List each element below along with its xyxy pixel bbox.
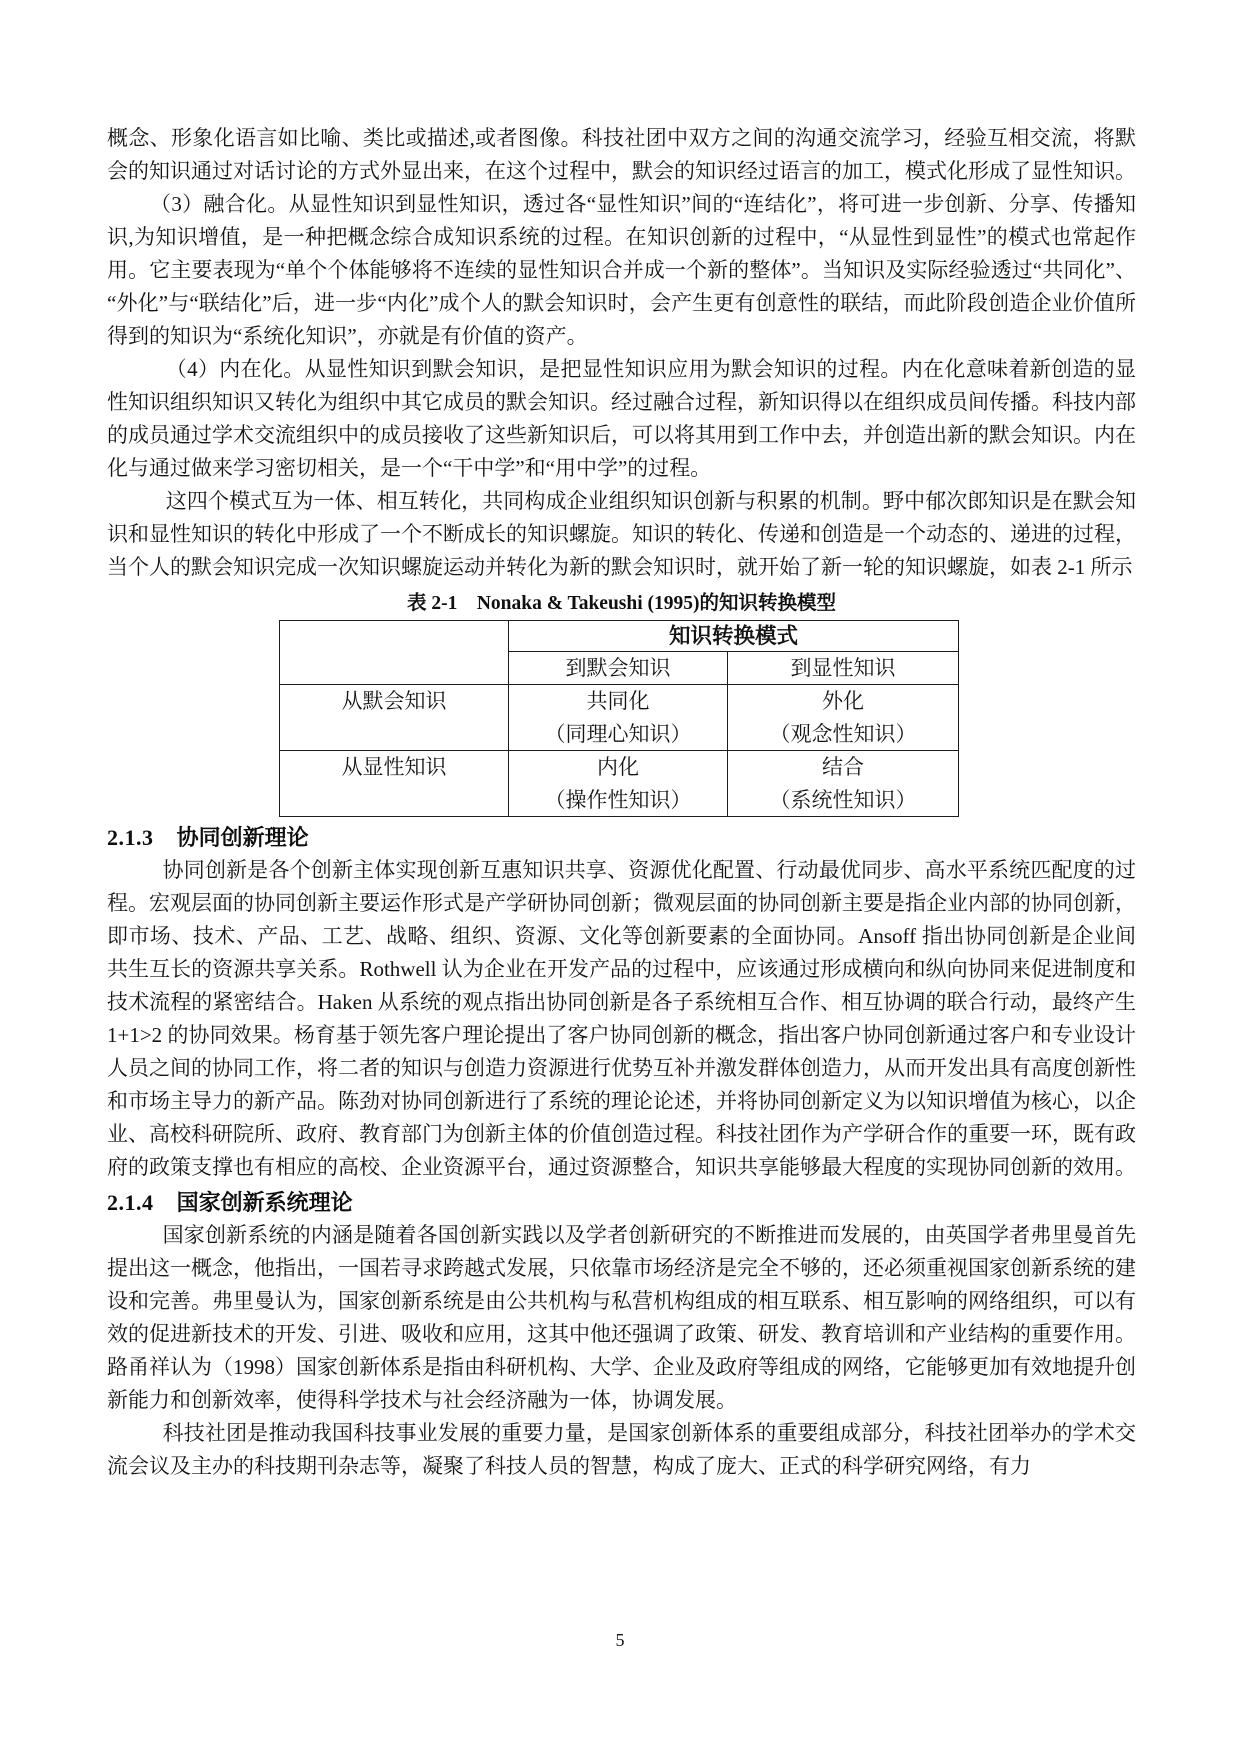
table-cell-internalization: 内化 （操作性知识） [509,751,728,817]
section-title: 协同创新理论 [177,825,309,850]
table-row-label: 从显性知识 [280,751,509,817]
table-col-header-explicit: 到显性知识 [728,652,959,685]
section-title: 国家创新系统理论 [177,1190,353,1215]
section-heading-2-1-4: 2.1.4国家创新系统理论 [107,1187,1136,1219]
section-heading-2-1-3: 2.1.3协同创新理论 [107,822,1136,854]
paragraph-4-internalization: （4）内在化。从显性知识到默会知识，是把显性知识应用为默会知识的过程。内在化意味… [107,353,1136,485]
section-number: 2.1.4 [107,1190,154,1215]
table-row-from-tacit: 从默会知识 共同化 （同理心知识） 外化 （观念性知识） [280,685,959,751]
paragraph-3-fusion: （3）融合化。从显性知识到显性知识，透过各“显性知识”间的“连结化”，将可进一步… [107,188,1136,353]
table-group-header-cell: 知识转换模式 [509,621,959,652]
table-caption-label: 表 2-1 [407,593,457,614]
table-row-from-explicit: 从显性知识 内化 （操作性知识） 结合 （系统性知识） [280,751,959,817]
document-page: 概念、形象化语言如比喻、类比或描述,或者图像。科技社团中双方之间的沟通交流学习，… [0,0,1240,1753]
table-col-header-tacit: 到默会知识 [509,652,728,685]
table-cell-socialization: 共同化 （同理心知识） [509,685,728,751]
table-caption: 表 2-1Nonaka & Takeushi (1995)的知识转换模型 [107,591,1136,617]
table-cell-combination: 结合 （系统性知识） [728,751,959,817]
paragraph-sci-tech-societies: 科技社团是推动我国科技事业发展的重要力量，是国家创新体系的重要组成部分，科技社团… [107,1417,1136,1483]
table-group-header-row: 知识转换模式 [280,621,959,652]
paragraph-continuation: 概念、形象化语言如比喻、类比或描述,或者图像。科技社团中双方之间的沟通交流学习，… [107,122,1136,188]
table-cell-externalization: 外化 （观念性知识） [728,685,959,751]
table-corner-cell [280,621,509,685]
knowledge-conversion-table: 知识转换模式 到默会知识 到显性知识 从默会知识 共同化 （同理心知识） 外化 … [279,620,959,817]
paragraph-national-innovation-system: 国家创新系统的内涵是随着各国创新实践以及学者创新研究的不断推进而发展的，由英国学… [107,1219,1136,1417]
table-caption-title: Nonaka & Takeushi (1995)的知识转换模型 [477,593,836,614]
paragraph-collaborative-innovation: 协同创新是各个创新主体实现创新互惠知识共享、资源优化配置、行动最优同步、高水平系… [107,854,1136,1184]
page-number: 5 [0,1628,1240,1652]
section-number: 2.1.3 [107,825,154,850]
table-row-label: 从默会知识 [280,685,509,751]
paragraph-knowledge-spiral: 这四个模式互为一体、相互转化，共同构成企业组织知识创新与积累的机制。野中郁次郎知… [107,485,1136,584]
